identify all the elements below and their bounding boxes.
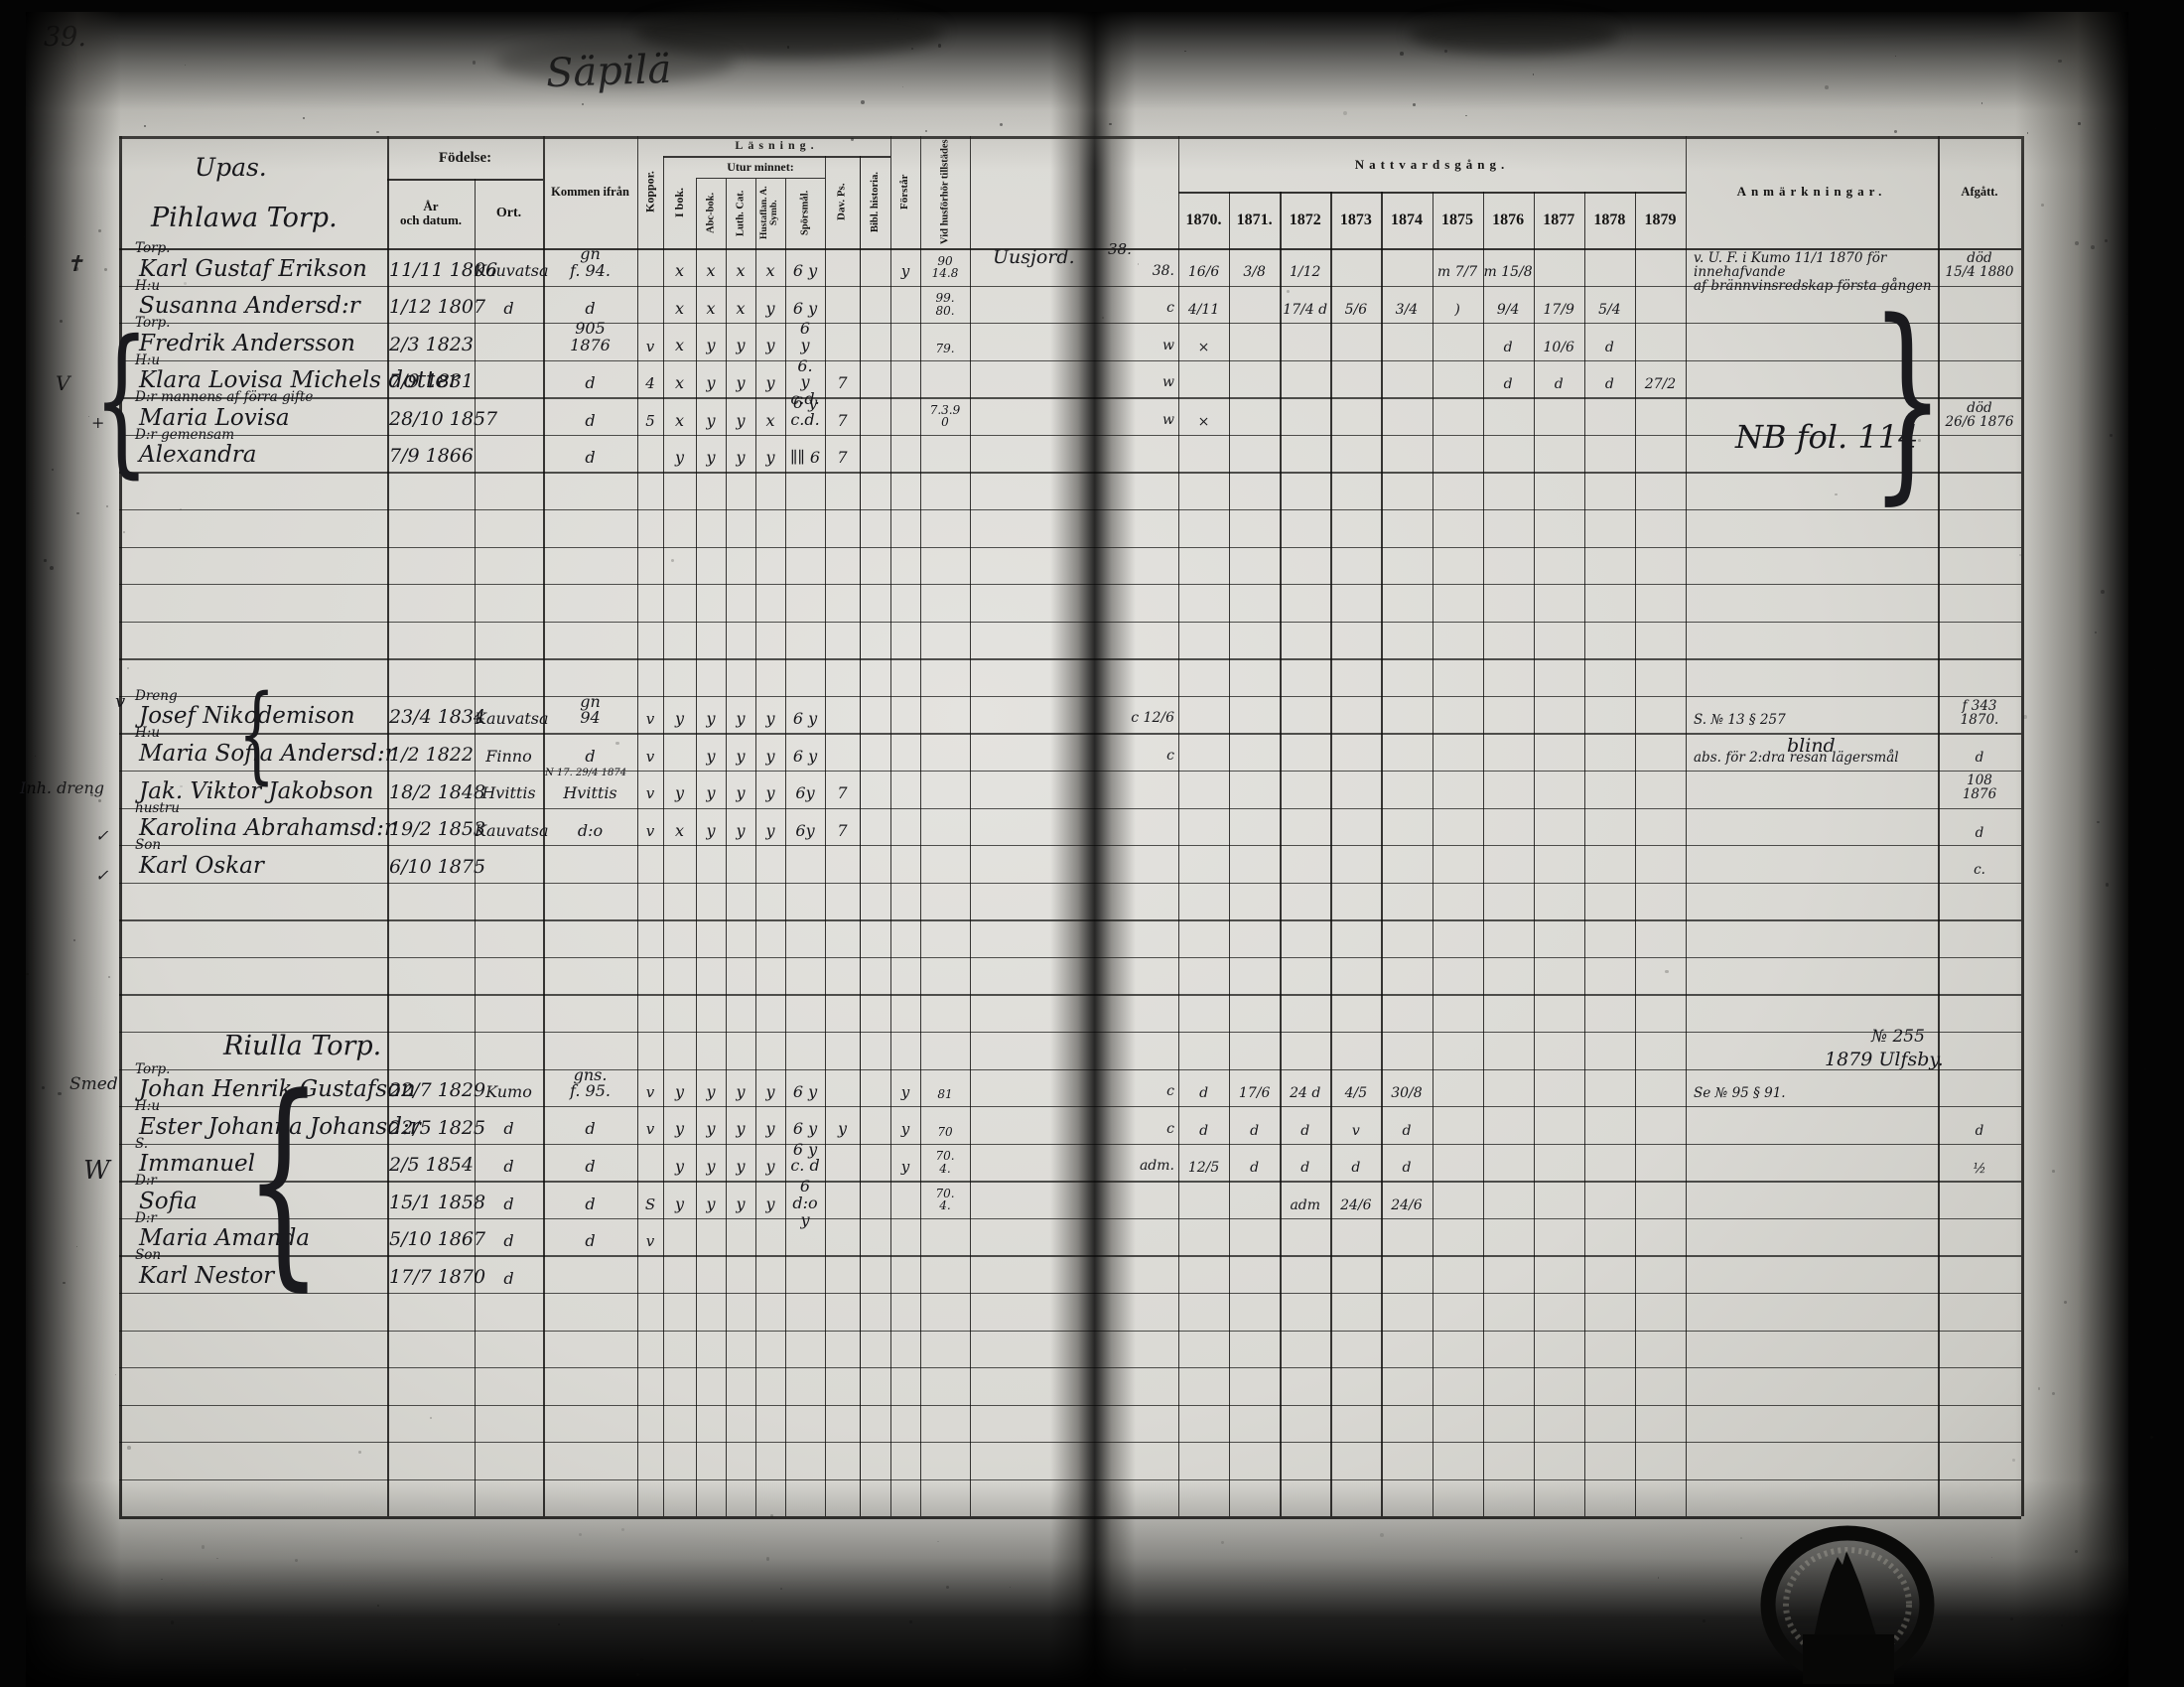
- handwritten-entry: y: [663, 450, 696, 467]
- handwritten-entry: död 26/6 1876: [1938, 401, 2021, 429]
- handwritten-entry: d: [1938, 826, 2021, 840]
- handwritten-entry: 17/7 1870: [389, 1268, 485, 1288]
- handwritten-entry: y: [726, 711, 755, 728]
- column-header-ar-och-datum: År och datum.: [387, 181, 475, 246]
- grid-line: [1686, 136, 1687, 1516]
- grid-line: [119, 1069, 2021, 1070]
- handwritten-entry: 24 d: [1280, 1086, 1330, 1101]
- noise-dot: [2027, 132, 2028, 133]
- grid-line: [119, 509, 2021, 510]
- handwritten-entry: 30/8: [1381, 1086, 1432, 1101]
- year-header: 1878: [1584, 195, 1635, 246]
- noise-dot: [473, 61, 477, 65]
- handwritten-entry: y: [726, 749, 755, 766]
- noise-dot: [1400, 52, 1404, 56]
- noise-dot: [2061, 1624, 2062, 1625]
- handwritten-entry: d: [1381, 1124, 1432, 1139]
- script-annotation: Smed: [69, 1076, 118, 1094]
- column-header-sporsmal: Spörsmål.: [785, 180, 825, 246]
- handwritten-entry: gn f. 94.: [543, 246, 637, 279]
- noise-dot: [897, 18, 898, 19]
- handwritten-entry: x: [663, 263, 696, 280]
- noise-dot: [2154, 669, 2155, 670]
- column-header-afgatt: Afgått.: [1938, 138, 2021, 246]
- noise-dot: [42, 1086, 45, 1089]
- handwritten-entry: 16/6: [1178, 265, 1229, 280]
- column-header-koppor: Koppor.: [637, 138, 663, 246]
- script-annotation: Upas.: [195, 155, 267, 181]
- handwritten-entry: 6 y: [785, 749, 825, 766]
- noise-dot: [1825, 85, 1829, 89]
- handwritten-entry: y: [696, 1121, 726, 1138]
- noise-dot: [74, 267, 78, 271]
- noise-dot: [671, 559, 674, 562]
- handwritten-entry: 6 d:o y: [785, 1179, 825, 1228]
- handwritten-entry: y: [696, 450, 726, 467]
- column-header-i-bok: I bok.: [663, 158, 696, 246]
- handwritten-entry: död 15/4 1880: [1938, 251, 2021, 279]
- handwritten-entry: 17/6: [1229, 1086, 1280, 1101]
- handwritten-entry: d: [543, 1159, 637, 1176]
- handwritten-entry: 81: [920, 1088, 970, 1100]
- noise-dot: [2106, 883, 2109, 886]
- handwritten-entry: x: [755, 413, 785, 430]
- handwritten-entry: v: [1330, 1124, 1381, 1139]
- handwritten-entry: Dreng: [135, 689, 178, 703]
- handwritten-entry: 7: [825, 450, 860, 467]
- grid-line: [387, 179, 543, 181]
- handwritten-entry: 2/3 1823: [389, 336, 474, 355]
- script-annotation: 38.: [1108, 242, 1132, 258]
- handwritten-entry: d: [543, 450, 637, 467]
- noise-dot: [180, 785, 182, 787]
- handwritten-entry: 5/4: [1584, 303, 1635, 318]
- grid-line: [119, 136, 2021, 139]
- handwritten-entry: 4: [637, 376, 663, 392]
- handwritten-entry: Susanna Andersd:r: [139, 295, 399, 319]
- handwritten-entry: Kauvatsa: [475, 263, 543, 280]
- noise-dot: [2097, 821, 2099, 823]
- handwritten-entry: c: [1085, 1122, 1174, 1137]
- handwritten-entry: 1/12 1807: [389, 298, 485, 318]
- handwritten-entry: d: [475, 1233, 543, 1250]
- handwritten-entry: adm: [1280, 1198, 1330, 1213]
- noise-dot: [615, 742, 618, 745]
- noise-dot: [1703, 1619, 1706, 1622]
- handwritten-entry: Hvittis: [475, 785, 543, 802]
- handwritten-entry: v: [637, 1234, 663, 1250]
- noise-dot: [2095, 632, 2097, 633]
- handwritten-entry: y: [696, 413, 726, 430]
- handwritten-entry: y: [755, 1121, 785, 1138]
- handwritten-entry: d: [1483, 377, 1534, 392]
- handwritten-entry: D:r: [135, 1174, 157, 1188]
- noise-dot: [2155, 128, 2156, 129]
- handwritten-entry: w: [1085, 339, 1174, 353]
- handwritten-entry: 6y: [785, 823, 825, 840]
- year-header: 1870.: [1178, 195, 1229, 246]
- noise-dot: [2101, 590, 2105, 594]
- noise-dot: [358, 1451, 361, 1454]
- handwritten-entry: 24/6: [1330, 1198, 1381, 1213]
- handwritten-entry: Hvittis: [543, 785, 637, 802]
- handwritten-entry: 5: [637, 414, 663, 430]
- noise-dot: [44, 559, 47, 562]
- script-annotation: V: [56, 373, 69, 394]
- handwritten-entry: hustru: [135, 801, 180, 815]
- grid-line: [119, 622, 2021, 623]
- handwritten-entry: D:r gemensam: [135, 428, 234, 442]
- handwritten-entry: 17/9: [1534, 303, 1584, 318]
- handwritten-entry: 6 y c. d: [785, 1142, 825, 1175]
- noise-dot: [1380, 1533, 1384, 1537]
- noise-dot: [766, 1557, 769, 1560]
- handwritten-entry: 10/6: [1534, 341, 1584, 355]
- handwritten-entry: ∥∥ 6: [785, 450, 825, 467]
- column-header-abc-bok: Abc-bok.: [696, 180, 726, 246]
- noise-dot: [621, 1528, 624, 1531]
- handwritten-entry: Son: [135, 1248, 161, 1262]
- remark-entry: S. № 13 § 257: [1694, 713, 1934, 727]
- handwritten-entry: N 17. 29/4 1874: [545, 769, 626, 778]
- handwritten-entry: 6 y c.d.: [785, 395, 825, 428]
- handwritten-entry: S.: [135, 1137, 148, 1151]
- handwritten-entry: y: [726, 785, 755, 802]
- noise-dot: [1287, 290, 1290, 293]
- brace-annotation: {: [244, 1068, 323, 1293]
- grid-line: [119, 1516, 2021, 1519]
- handwritten-entry: 22/7 1829: [389, 1081, 485, 1101]
- handwritten-entry: y: [696, 711, 726, 728]
- year-header: 1877: [1534, 195, 1584, 246]
- noise-dot: [98, 799, 101, 802]
- handwritten-entry: v: [637, 1085, 663, 1101]
- handwritten-entry: w: [1085, 375, 1174, 390]
- grid-line: [119, 845, 2021, 846]
- handwritten-entry: d: [543, 301, 637, 318]
- noise-dot: [558, 1623, 560, 1625]
- handwritten-entry: 2/5 1854: [389, 1156, 474, 1176]
- handwritten-entry: 6y: [785, 785, 825, 802]
- column-header-kommen-ifran: Kommen ifrån: [543, 138, 637, 246]
- handwritten-entry: y: [726, 413, 755, 430]
- grid-line: [119, 1181, 2021, 1182]
- brace-annotation: {: [238, 681, 275, 786]
- handwritten-entry: Karl Gustaf Erikson: [139, 258, 399, 282]
- handwritten-entry: 18/2 1848: [389, 783, 485, 803]
- grid-line: [119, 1218, 2021, 1219]
- grid-line: [1433, 192, 1433, 1516]
- year-header: 1874: [1381, 195, 1432, 246]
- handwritten-entry: 6 y: [785, 1084, 825, 1101]
- handwritten-entry: y: [696, 1084, 726, 1101]
- handwritten-entry: 1/2 1822: [389, 746, 474, 766]
- handwritten-entry: d: [475, 1271, 543, 1288]
- handwritten-entry: y: [755, 1196, 785, 1213]
- noise-dot: [2105, 239, 2108, 242]
- handwritten-entry: D:r mannens af förra gifte: [135, 390, 313, 404]
- noise-dot: [2012, 1459, 2015, 1462]
- handwritten-entry: 24/6: [1381, 1198, 1432, 1213]
- grid-line: [1229, 192, 1230, 1516]
- handwritten-entry: y: [696, 749, 726, 766]
- handwritten-entry: y: [696, 338, 726, 354]
- remark-entry: Se № 95 § 91.: [1694, 1086, 1934, 1100]
- script-annotation: v: [115, 693, 125, 712]
- handwritten-entry: 7.3.9 0: [920, 404, 970, 429]
- handwritten-entry: 79.: [920, 343, 970, 354]
- handwritten-entry: d: [1938, 751, 2021, 765]
- noise-dot: [2144, 1068, 2146, 1070]
- grid-line: [119, 1331, 2021, 1332]
- handwritten-entry: c.: [1938, 863, 2021, 877]
- handwritten-entry: m 15/8: [1483, 265, 1534, 280]
- handwritten-entry: Kumo: [475, 1084, 543, 1101]
- handwritten-entry: d: [543, 1121, 637, 1138]
- handwritten-entry: y: [755, 1159, 785, 1176]
- handwritten-entry: y: [696, 1159, 726, 1176]
- handwritten-entry: H:u: [135, 279, 160, 293]
- noise-dot: [63, 1282, 66, 1285]
- handwritten-entry: y: [755, 338, 785, 354]
- handwritten-entry: d: [1584, 341, 1635, 355]
- column-header-vid-husforhor: Vid husförhör tillstädes: [920, 138, 970, 246]
- handwritten-entry: d: [1280, 1124, 1330, 1139]
- handwritten-entry: Torp.: [135, 241, 170, 255]
- handwritten-entry: 4/11: [1178, 303, 1229, 318]
- page-number: 39.: [44, 24, 86, 52]
- handwritten-entry: y: [890, 1122, 920, 1138]
- handwritten-entry: 28/10 1857: [389, 410, 497, 430]
- year-header: 1876: [1483, 195, 1534, 246]
- noise-dot: [127, 1446, 131, 1450]
- handwritten-entry: Finno: [475, 749, 543, 766]
- handwritten-entry: v: [637, 1122, 663, 1138]
- handwritten-entry: 6 y: [785, 321, 825, 353]
- handwritten-entry: D:r: [135, 1211, 157, 1225]
- brace-annotation: }: [1870, 294, 1945, 506]
- grid-line: [475, 179, 476, 1516]
- handwritten-entry: c: [1085, 749, 1174, 764]
- handwritten-entry: d: [543, 375, 637, 392]
- script-annotation: № 255: [1871, 1029, 1925, 1047]
- handwritten-entry: m 7/7: [1433, 265, 1483, 280]
- handwritten-entry: y: [663, 1121, 696, 1138]
- handwritten-entry: Son: [135, 838, 161, 852]
- script-annotation: ✓: [95, 868, 108, 885]
- grid-line: [696, 178, 825, 179]
- noise-dot: [1183, 1668, 1185, 1670]
- handwritten-entry: 7: [825, 375, 860, 392]
- handwritten-entry: x: [663, 413, 696, 430]
- handwritten-entry: x: [663, 338, 696, 354]
- noise-dot: [1221, 1541, 1223, 1543]
- handwritten-entry: 6 y: [785, 711, 825, 728]
- handwritten-entry: d: [1280, 1161, 1330, 1176]
- handwritten-entry: gns. f. 95.: [543, 1067, 637, 1100]
- grid-line: [119, 1032, 2021, 1033]
- handwritten-entry: 108 1876: [1938, 773, 2021, 801]
- handwritten-entry: 1/12: [1280, 265, 1330, 280]
- handwritten-entry: v: [637, 712, 663, 728]
- noise-dot: [405, 1650, 406, 1651]
- grid-line: [1381, 192, 1382, 1516]
- handwritten-entry: 38.: [1085, 264, 1174, 279]
- noise-dot: [1413, 103, 1416, 106]
- grid-line: [890, 136, 891, 1516]
- handwritten-entry: y: [663, 785, 696, 802]
- handwritten-entry: d: [1938, 1124, 2021, 1138]
- noise-dot: [295, 1559, 298, 1562]
- noise-dot: [60, 320, 63, 323]
- handwritten-entry: 3/4: [1381, 303, 1432, 318]
- handwritten-entry: 9/4: [1483, 303, 1534, 318]
- handwritten-entry: 5/10 1867: [389, 1230, 485, 1250]
- noise-dot: [2126, 314, 2127, 315]
- grid-line: [119, 584, 2021, 585]
- grid-line: [119, 1255, 2021, 1256]
- handwritten-entry: y: [755, 1084, 785, 1101]
- year-header: 1871.: [1229, 195, 1280, 246]
- noise-dot: [106, 505, 108, 507]
- noise-dot: [1109, 123, 1111, 125]
- handwritten-entry: x: [696, 263, 726, 280]
- noise-dot: [303, 117, 304, 118]
- handwritten-entry: y: [755, 711, 785, 728]
- handwritten-entry: Kauvatsa: [475, 823, 543, 840]
- grid-line: [1280, 192, 1281, 1516]
- handwritten-entry: 12/5: [1178, 1161, 1229, 1176]
- handwritten-entry: d: [543, 1196, 637, 1213]
- grid-line: [119, 472, 2021, 473]
- handwritten-entry: d: [475, 301, 543, 318]
- handwritten-entry: 7: [825, 823, 860, 840]
- year-header: 1872: [1280, 195, 1330, 246]
- handwritten-entry: x: [696, 301, 726, 318]
- handwritten-entry: Kauvatsa: [475, 711, 543, 728]
- handwritten-entry: y: [726, 823, 755, 840]
- handwritten-entry: y: [663, 1084, 696, 1101]
- handwritten-entry: y: [726, 1159, 755, 1176]
- noise-dot: [861, 100, 865, 104]
- handwritten-entry: 27/2: [1635, 377, 1686, 392]
- column-header-forstar: Förstår: [890, 138, 920, 246]
- handwritten-entry: d: [475, 1159, 543, 1176]
- grid-line: [119, 883, 2021, 884]
- handwritten-entry: 7: [825, 785, 860, 802]
- script-annotation: blind: [1787, 737, 1836, 757]
- handwritten-entry: d: [475, 1196, 543, 1213]
- noise-dot: [1894, 130, 1897, 133]
- handwritten-entry: 7/9 1831: [389, 372, 474, 392]
- noise-dot: [2141, 1283, 2142, 1284]
- handwritten-entry: y: [755, 450, 785, 467]
- handwritten-entry: y: [696, 375, 726, 392]
- year-header: 1879: [1635, 195, 1686, 246]
- script-annotation: W: [83, 1158, 110, 1185]
- column-header-ort: Ort.: [475, 181, 543, 246]
- handwritten-entry: ×: [1178, 341, 1229, 355]
- handwritten-entry: d: [1229, 1124, 1280, 1139]
- noise-dot: [2023, 715, 2027, 719]
- handwritten-entry: 6 y: [785, 1121, 825, 1138]
- script-annotation: 1879 Ulfsby.: [1825, 1051, 1944, 1070]
- script-annotation: Uusjord.: [993, 248, 1075, 268]
- noise-dot: [925, 130, 927, 132]
- noise-dot: [180, 508, 182, 510]
- handwritten-entry: 23/4 1834: [389, 708, 485, 728]
- handwritten-entry: d: [543, 413, 637, 430]
- handwritten-entry: d: [1534, 377, 1584, 392]
- handwritten-entry: y: [663, 1159, 696, 1176]
- grid-line: [119, 360, 2021, 361]
- handwritten-entry: 6 y: [785, 301, 825, 318]
- noise-dot: [2052, 1170, 2055, 1173]
- handwritten-entry: d: [1381, 1161, 1432, 1176]
- grid-line: [119, 696, 2021, 697]
- grid-line: [2021, 136, 2024, 1516]
- handwritten-entry: y: [696, 1196, 726, 1213]
- script-annotation: ✝: [66, 254, 83, 277]
- grid-line: [119, 1405, 2021, 1406]
- handwritten-entry: d: [475, 1121, 543, 1138]
- handwritten-entry: d: [1483, 341, 1534, 355]
- grid-line: [119, 1144, 2021, 1145]
- handwritten-entry: v: [637, 340, 663, 355]
- handwritten-entry: ): [1433, 303, 1483, 318]
- scan-smudge: [496, 40, 735, 83]
- grid-line: [119, 919, 2021, 920]
- grid-line: [119, 547, 2021, 548]
- handwritten-entry: y: [726, 1121, 755, 1138]
- handwritten-entry: y: [696, 823, 726, 840]
- handwritten-entry: ×: [1178, 415, 1229, 430]
- handwritten-entry: d:o: [543, 823, 637, 840]
- grid-line: [119, 994, 2021, 995]
- handwritten-entry: y: [663, 711, 696, 728]
- handwritten-entry: Fredrik Andersson: [139, 333, 399, 356]
- handwritten-entry: x: [663, 301, 696, 318]
- year-header: 1873: [1330, 195, 1381, 246]
- handwritten-entry: 70. 4.: [920, 1188, 970, 1212]
- grid-line: [119, 1293, 2021, 1294]
- noise-dot: [108, 976, 110, 978]
- handwritten-entry: 6/10 1875: [389, 858, 485, 878]
- script-annotation: ✓: [95, 828, 108, 845]
- handwritten-entry: d: [543, 1233, 637, 1250]
- grid-line: [119, 733, 2021, 734]
- noise-dot: [2091, 245, 2095, 249]
- noise-dot: [636, 1673, 639, 1676]
- grid-line: [119, 1106, 2021, 1107]
- handwritten-entry: H:u: [135, 726, 160, 740]
- noise-dot: [909, 1620, 912, 1623]
- handwritten-entry: y: [726, 1196, 755, 1213]
- handwritten-entry: d: [1584, 377, 1635, 392]
- noise-dot: [2075, 241, 2079, 245]
- handwritten-entry: 70: [920, 1126, 970, 1138]
- handwritten-entry: H:u: [135, 1099, 160, 1113]
- handwritten-entry: y: [890, 1160, 920, 1176]
- handwritten-entry: d: [1229, 1161, 1280, 1176]
- handwritten-entry: y: [755, 785, 785, 802]
- section-header-utur-minnet: Utur minnet:: [696, 157, 825, 178]
- column-header-luth-cat: Luth. Cat.: [726, 180, 755, 246]
- handwritten-entry: 3/8: [1229, 265, 1280, 280]
- handwritten-entry: 99. 80.: [920, 292, 970, 317]
- grid-line: [970, 136, 971, 1516]
- scanned-parish-register: 39. Säpilä Födelse: År och datum. Ort. K…: [0, 0, 2184, 1687]
